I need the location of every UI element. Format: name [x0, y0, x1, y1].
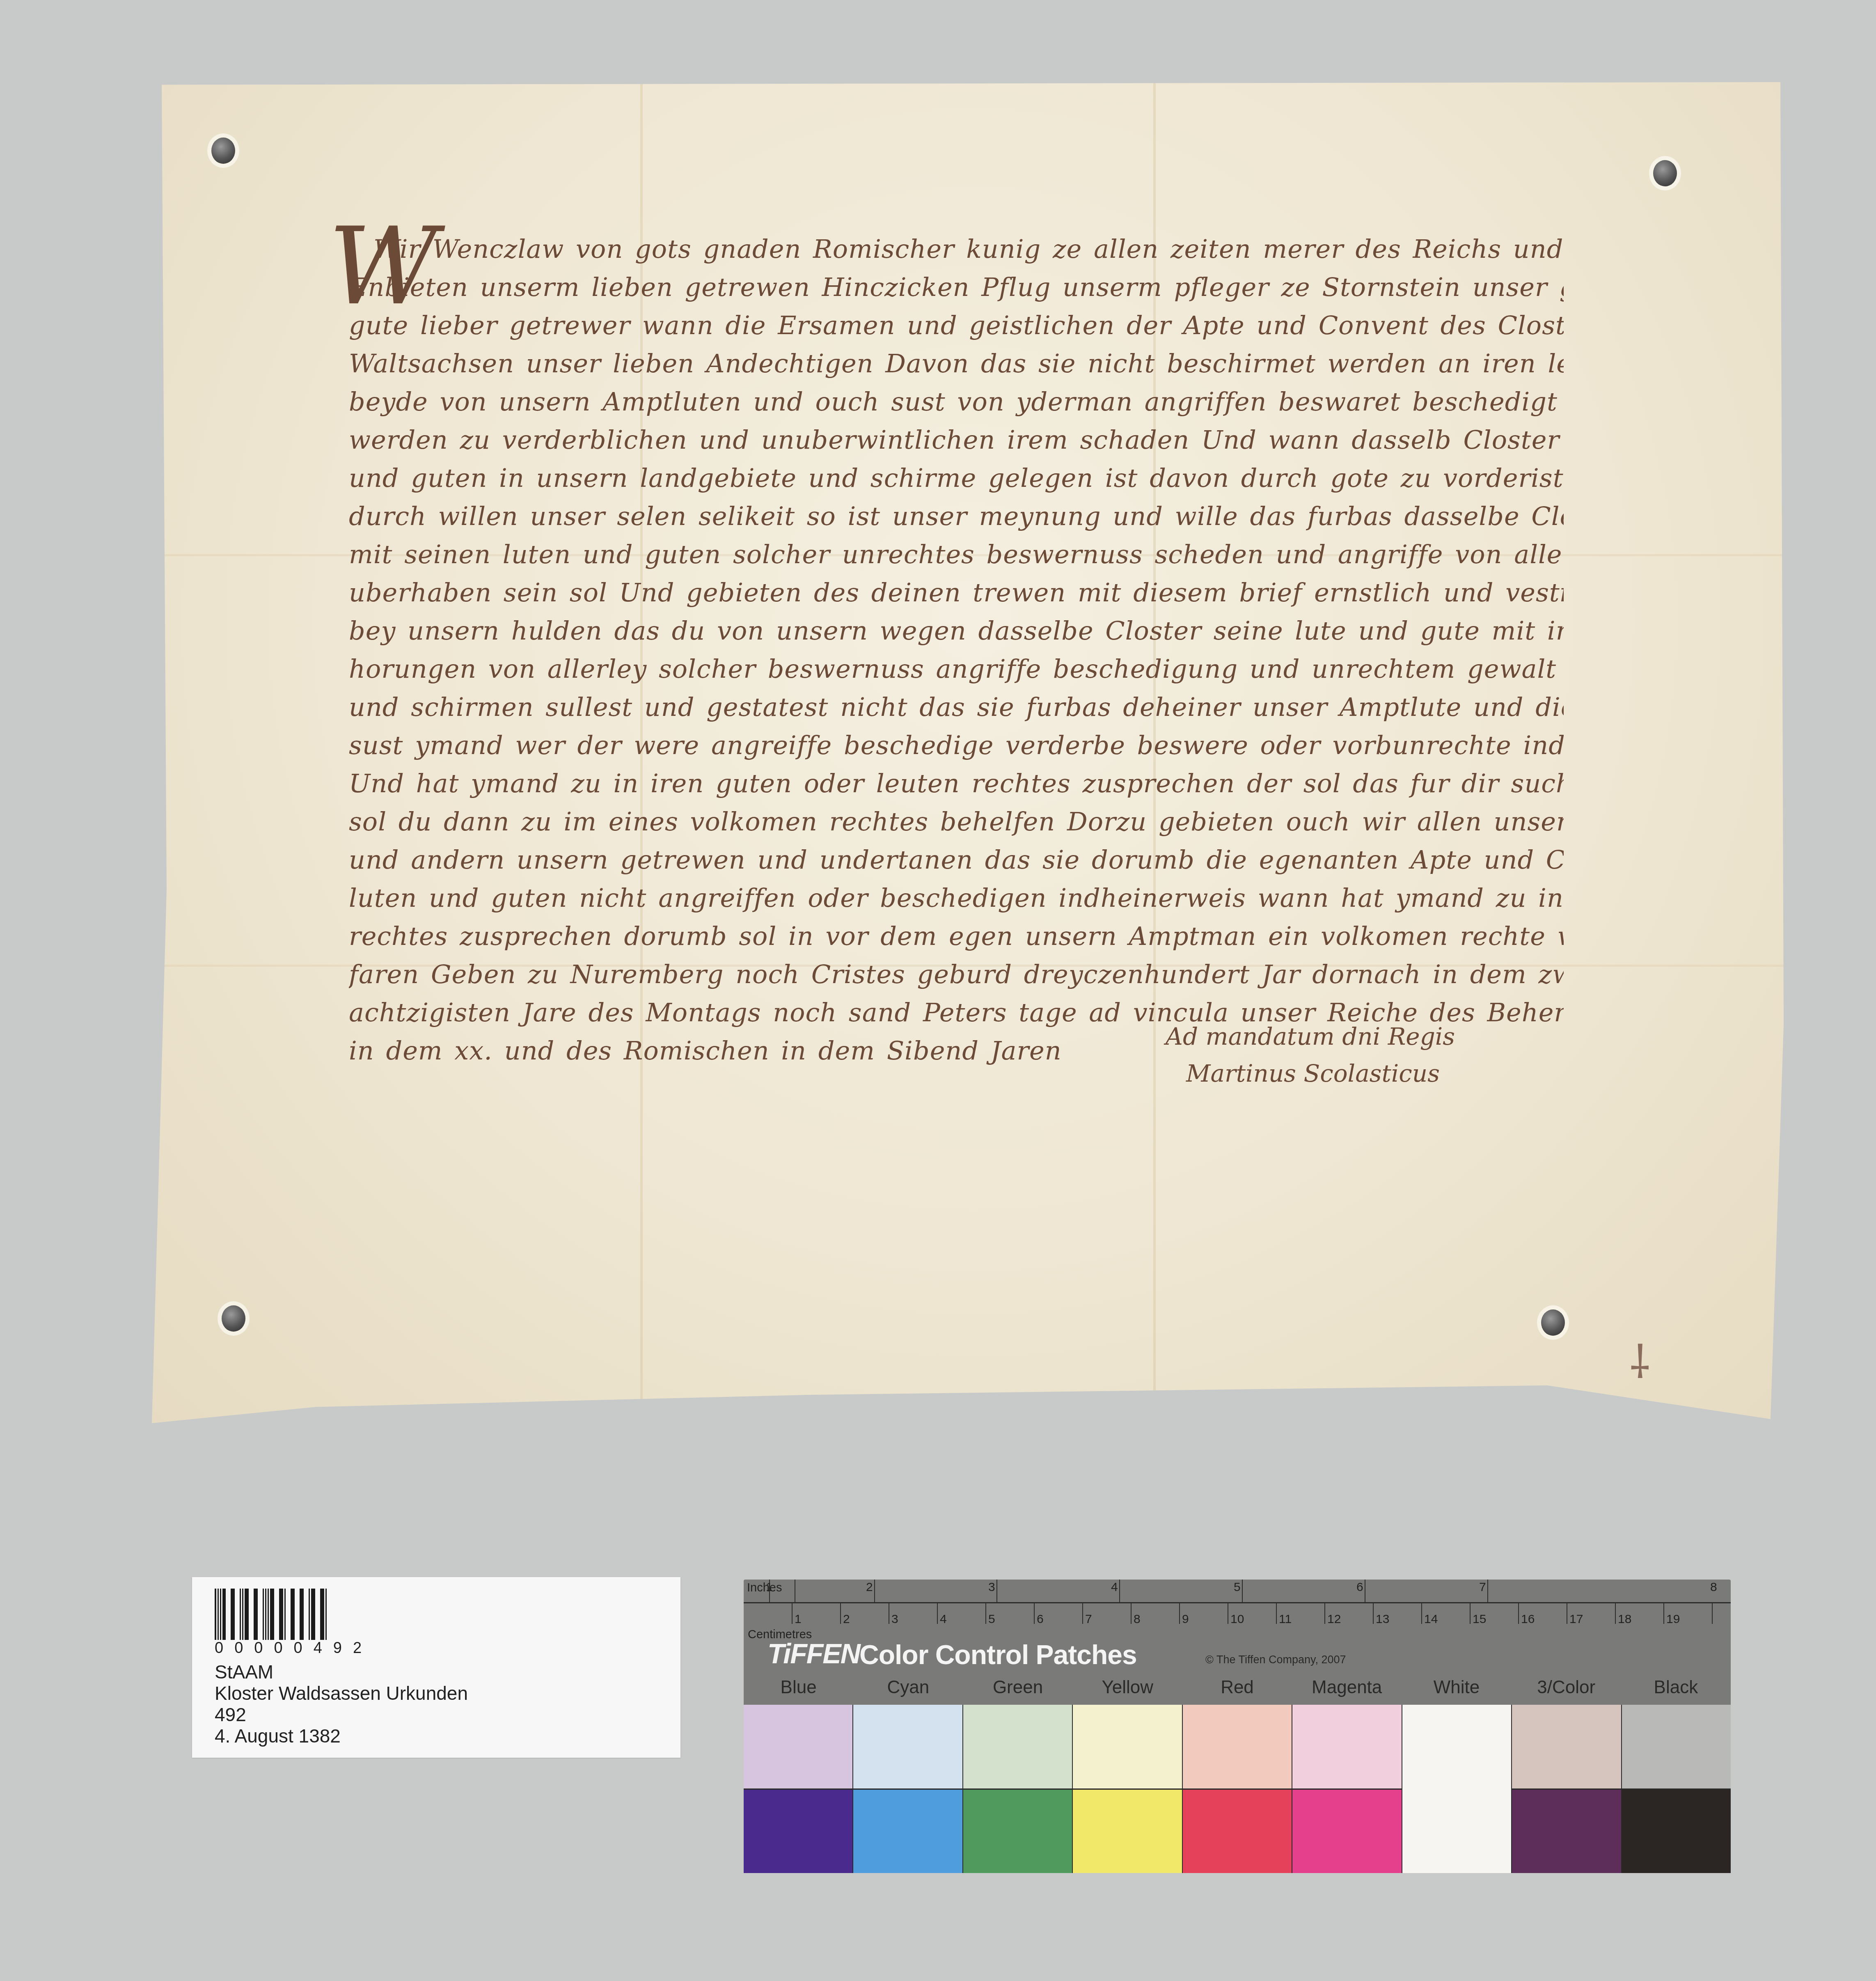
patch-dark — [1183, 1790, 1292, 1873]
text-line: sol du dann zu im eines volkomen rechtes… — [349, 802, 1564, 841]
text-line: gute lieber getrewer wann die Ersamen un… — [349, 306, 1564, 344]
patch-light — [1183, 1705, 1292, 1790]
patch-dark — [1402, 1789, 1511, 1873]
patch-label-green: Green — [963, 1677, 1072, 1698]
text-line: Wir Wenczlaw von gots gnaden Romischer k… — [349, 230, 1564, 268]
patch-label-yellow: Yellow — [1073, 1677, 1182, 1698]
patch-dark — [1073, 1790, 1182, 1873]
patch-dark — [1512, 1790, 1621, 1873]
parchment-charter: W Wir Wenczlaw von gots gnaden Romischer… — [152, 82, 1794, 1428]
text-line: mit seinen luten und guten solcher unrec… — [349, 535, 1564, 573]
patch-label-magenta: Magenta — [1292, 1677, 1402, 1698]
chart-title: Color Control Patches — [859, 1639, 1137, 1670]
text-line: beyde von unsern Amptluten und ouch sust… — [349, 383, 1564, 421]
text-line: und schirmen sullest und gestatest nicht… — [349, 688, 1564, 726]
patch-label-red: Red — [1182, 1677, 1292, 1698]
patch-light — [1292, 1705, 1401, 1790]
patch-light — [744, 1705, 852, 1790]
patch-light — [1402, 1705, 1511, 1789]
label-archive: StAAM — [215, 1661, 468, 1683]
text-line: bey unsern hulden das du von unsern wege… — [349, 612, 1564, 650]
text-line: luten und guten nicht angreiffen oder be… — [349, 879, 1564, 917]
patch-blue — [744, 1705, 853, 1873]
text-line: Waltsachsen unser lieben Andechtigen Dav… — [349, 344, 1564, 383]
text-line: und andern unsern getrewen und undertane… — [349, 841, 1564, 879]
text-line: rechtes zusprechen dorumb sol in vor dem… — [349, 917, 1564, 955]
label-number: 492 — [215, 1704, 468, 1725]
text-line: uberhaben sein sol Und gebieten des dein… — [349, 573, 1564, 612]
magnet-top-right — [1653, 160, 1677, 186]
patch-labels: Blue Cyan Green Yellow Red Magenta White… — [744, 1677, 1731, 1698]
patch-black — [1622, 1705, 1731, 1873]
patch-label-3color: 3/Color — [1512, 1677, 1621, 1698]
text-line: Enbieten unserm lieben getrewen Hinczick… — [349, 268, 1564, 306]
chancery-note-line: Martinus Scolasticus — [1166, 1055, 1455, 1092]
patch-label-white: White — [1402, 1677, 1511, 1698]
text-line: und guten in unsern landgebiete und schi… — [349, 459, 1564, 497]
patch-label-cyan: Cyan — [853, 1677, 963, 1698]
patch-light — [963, 1705, 1072, 1790]
patch-label-blue: Blue — [744, 1677, 853, 1698]
magnet-bottom-left — [222, 1305, 245, 1332]
patch-green — [963, 1705, 1073, 1873]
tiffen-logo: TiFFEN — [767, 1638, 860, 1670]
text-line: werden zu verderblichen und unuberwintli… — [349, 421, 1564, 459]
patch-dark — [963, 1790, 1072, 1873]
magnet-bottom-right — [1541, 1309, 1565, 1336]
chancery-note-line: Ad mandatum dni Regis — [1166, 1018, 1455, 1055]
patch-3color — [1512, 1705, 1622, 1873]
patch-light — [1622, 1705, 1731, 1790]
patch-light — [1073, 1705, 1182, 1790]
patch-light — [853, 1705, 962, 1790]
text-line: Und hat ymand zu in iren guten oder leut… — [349, 764, 1564, 802]
patch-dark — [1292, 1790, 1401, 1873]
charter-text: Wir Wenczlaw von gots gnaden Romischer k… — [349, 230, 1564, 1070]
patch-label-black: Black — [1621, 1677, 1731, 1698]
patch-yellow — [1073, 1705, 1182, 1873]
magnet-top-left — [211, 138, 235, 164]
text-line: faren Geben zu Nuremberg noch Cristes ge… — [349, 955, 1564, 993]
barcode-number: 00000492 — [215, 1639, 373, 1657]
patch-light — [1512, 1705, 1621, 1790]
label-collection: Kloster Waldsassen Urkunden — [215, 1683, 468, 1704]
patch-dark — [853, 1790, 962, 1873]
cm-scale: 1 2 3 4 5 6 7 8 9 10 11 12 13 14 15 16 1… — [744, 1603, 1731, 1628]
color-patches — [744, 1705, 1731, 1873]
archive-label: 00000492 StAAM Kloster Waldsassen Urkund… — [192, 1577, 680, 1758]
inch-scale: Inches 1 2 3 4 5 6 7 8 — [744, 1580, 1731, 1603]
inches-label: Inches — [747, 1581, 782, 1595]
patch-cyan — [853, 1705, 963, 1873]
copyright: © The Tiffen Company, 2007 — [1205, 1653, 1346, 1666]
patch-magenta — [1292, 1705, 1402, 1873]
barcode — [215, 1589, 327, 1640]
color-control-chart: Inches 1 2 3 4 5 6 7 8 1 2 3 4 5 6 7 8 — [744, 1580, 1731, 1875]
text-line: durch willen unser selen selikeit so ist… — [349, 497, 1564, 535]
corner-mark: ⸸ — [1629, 1330, 1651, 1392]
patch-white — [1402, 1705, 1512, 1873]
patch-dark — [744, 1790, 852, 1873]
ruler: Inches 1 2 3 4 5 6 7 8 1 2 3 4 5 6 7 8 — [744, 1580, 1731, 1705]
patch-dark — [1622, 1790, 1731, 1873]
label-date: 4. August 1382 — [215, 1725, 468, 1747]
text-line: sust ymand wer der were angreiffe besche… — [349, 726, 1564, 764]
text-line: horungen von allerley solcher beswernuss… — [349, 650, 1564, 688]
chancery-note: Ad mandatum dni Regis Martinus Scolastic… — [1166, 1018, 1455, 1092]
patch-red — [1183, 1705, 1292, 1873]
